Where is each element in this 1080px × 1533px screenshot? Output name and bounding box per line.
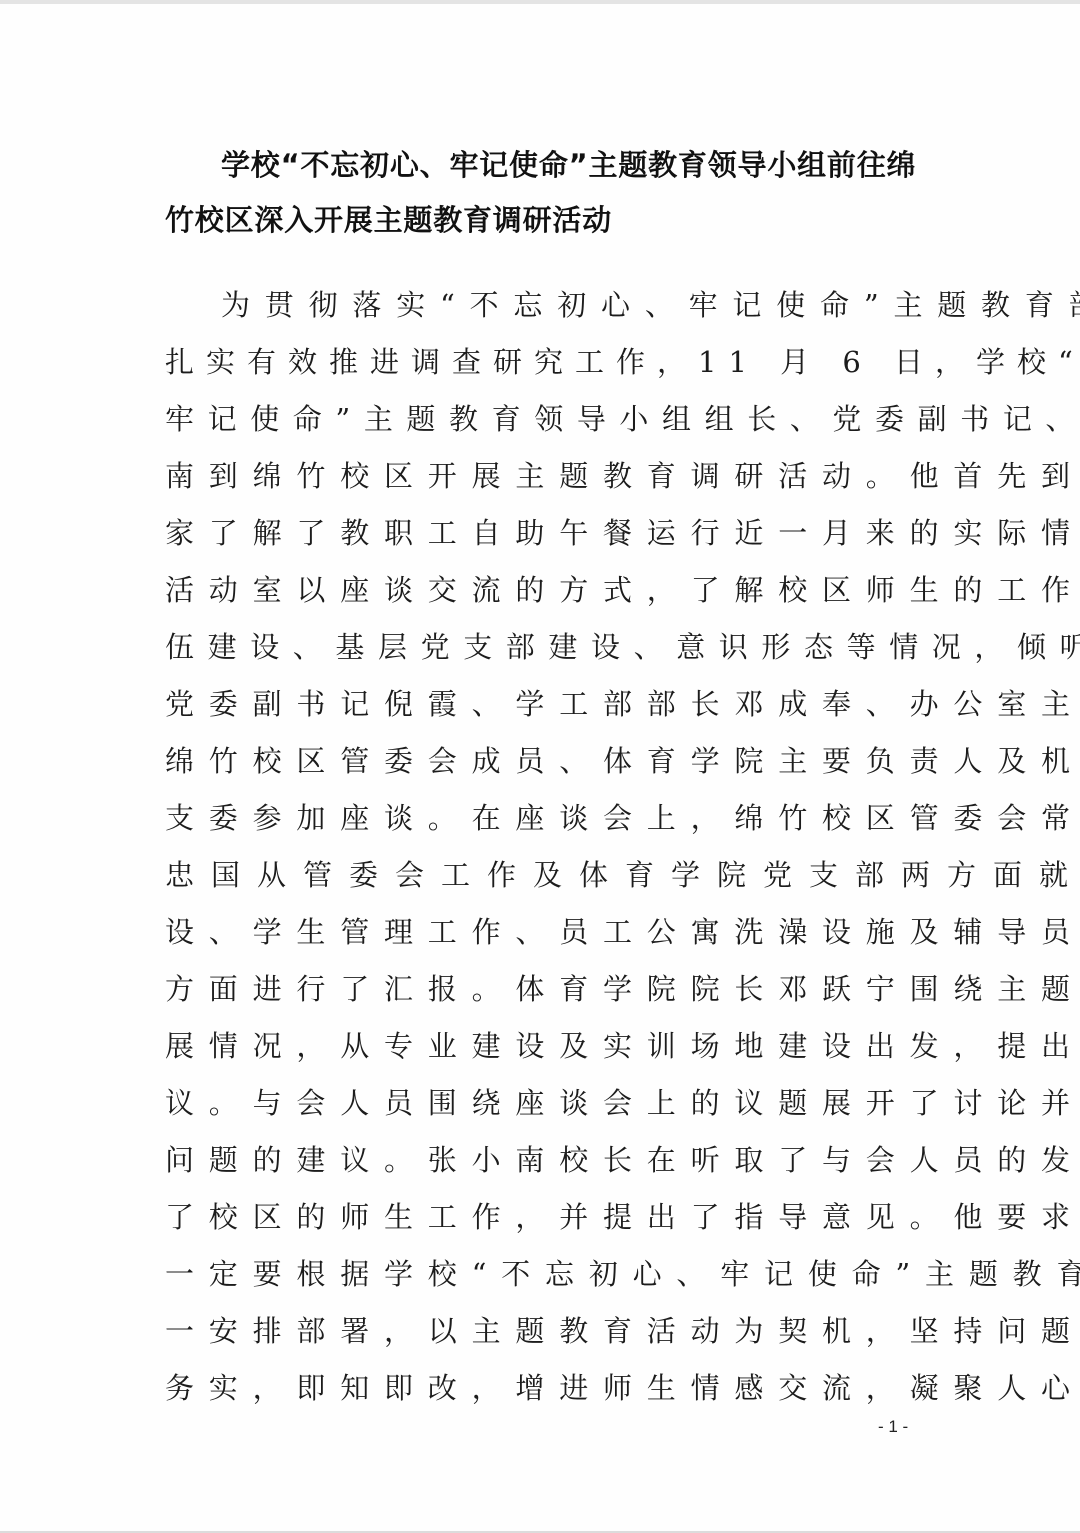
- body-line-4: 南到绵竹校区开展主题教育调研活动。他首先到校区职工之: [165, 448, 925, 505]
- body-line-9: 绵竹校区管委会成员、体育学院主要负责人及机关第三支部: [165, 733, 925, 790]
- document-page: 学校“不忘初心、牢记使命”主题教育领导小组前往绵 竹校区深入开展主题教育调研活动…: [0, 4, 1080, 1531]
- body-line-7: 伍建设、基层党支部建设、意识形态等情况，倾听意见建议。: [165, 619, 925, 676]
- body-line-20: 务实，即知即改，增进师生情感交流，凝聚人心，推动各项: [165, 1360, 925, 1417]
- body-line-10: 支委参加座谈。在座谈会上，绵竹校区管委会常务副主任何: [165, 790, 925, 847]
- body-line-1: 为贯彻落实“不忘初心、牢记使命”主题教育部署要求，: [221, 277, 981, 334]
- body-line-2: 扎实有效推进调查研究工作，11 月 6 日，学校“不忘初心、: [165, 334, 925, 391]
- body-line-5: 家了解了教职工自助午餐运行近一月来的实际情况，在党员: [165, 505, 925, 562]
- body-line-16: 问题的建议。张小南校长在听取了与会人员的发言后，肯定: [165, 1132, 925, 1189]
- document-title-line-2: 竹校区深入开展主题教育调研活动: [165, 192, 925, 248]
- body-line-11: 忠国从管委会工作及体育学院党支部两方面就师资队伍建: [165, 847, 925, 904]
- body-line-6: 活动室以座谈交流的方式，了解校区师生的工作、辅导员队: [165, 562, 925, 619]
- body-line-13: 方面进行了汇报。体育学院院长邓跃宁围绕主题教育活动开: [165, 961, 925, 1018]
- body-line-15: 议。与会人员围绕座谈会上的议题展开了讨论并提出了解决: [165, 1075, 925, 1132]
- body-line-19: 一安排部署，以主题教育活动为契机，坚持问题导向，求真: [165, 1303, 925, 1360]
- body-line-14: 展情况，从专业建设及实训场地建设出发，提出了意见和建: [165, 1018, 925, 1075]
- body-line-3: 牢记使命”主题教育领导小组组长、党委副书记、校长张小: [165, 391, 925, 448]
- body-line-8: 党委副书记倪霞、学工部部长邓成奉、办公室主任张清军及: [165, 676, 925, 733]
- page-number: - 1 -: [878, 1417, 908, 1437]
- document-title-line-1: 学校“不忘初心、牢记使命”主题教育领导小组前往绵: [221, 137, 981, 193]
- body-line-18: 一定要根据学校“不忘初心、牢记使命”主题教育工作的统: [165, 1246, 925, 1303]
- body-line-12: 设、学生管理工作、员工公寓洗澡设施及辅导员队伍建设等: [165, 904, 925, 961]
- body-line-17: 了校区的师生工作，并提出了指导意见。他要求，绵竹校区: [165, 1189, 925, 1246]
